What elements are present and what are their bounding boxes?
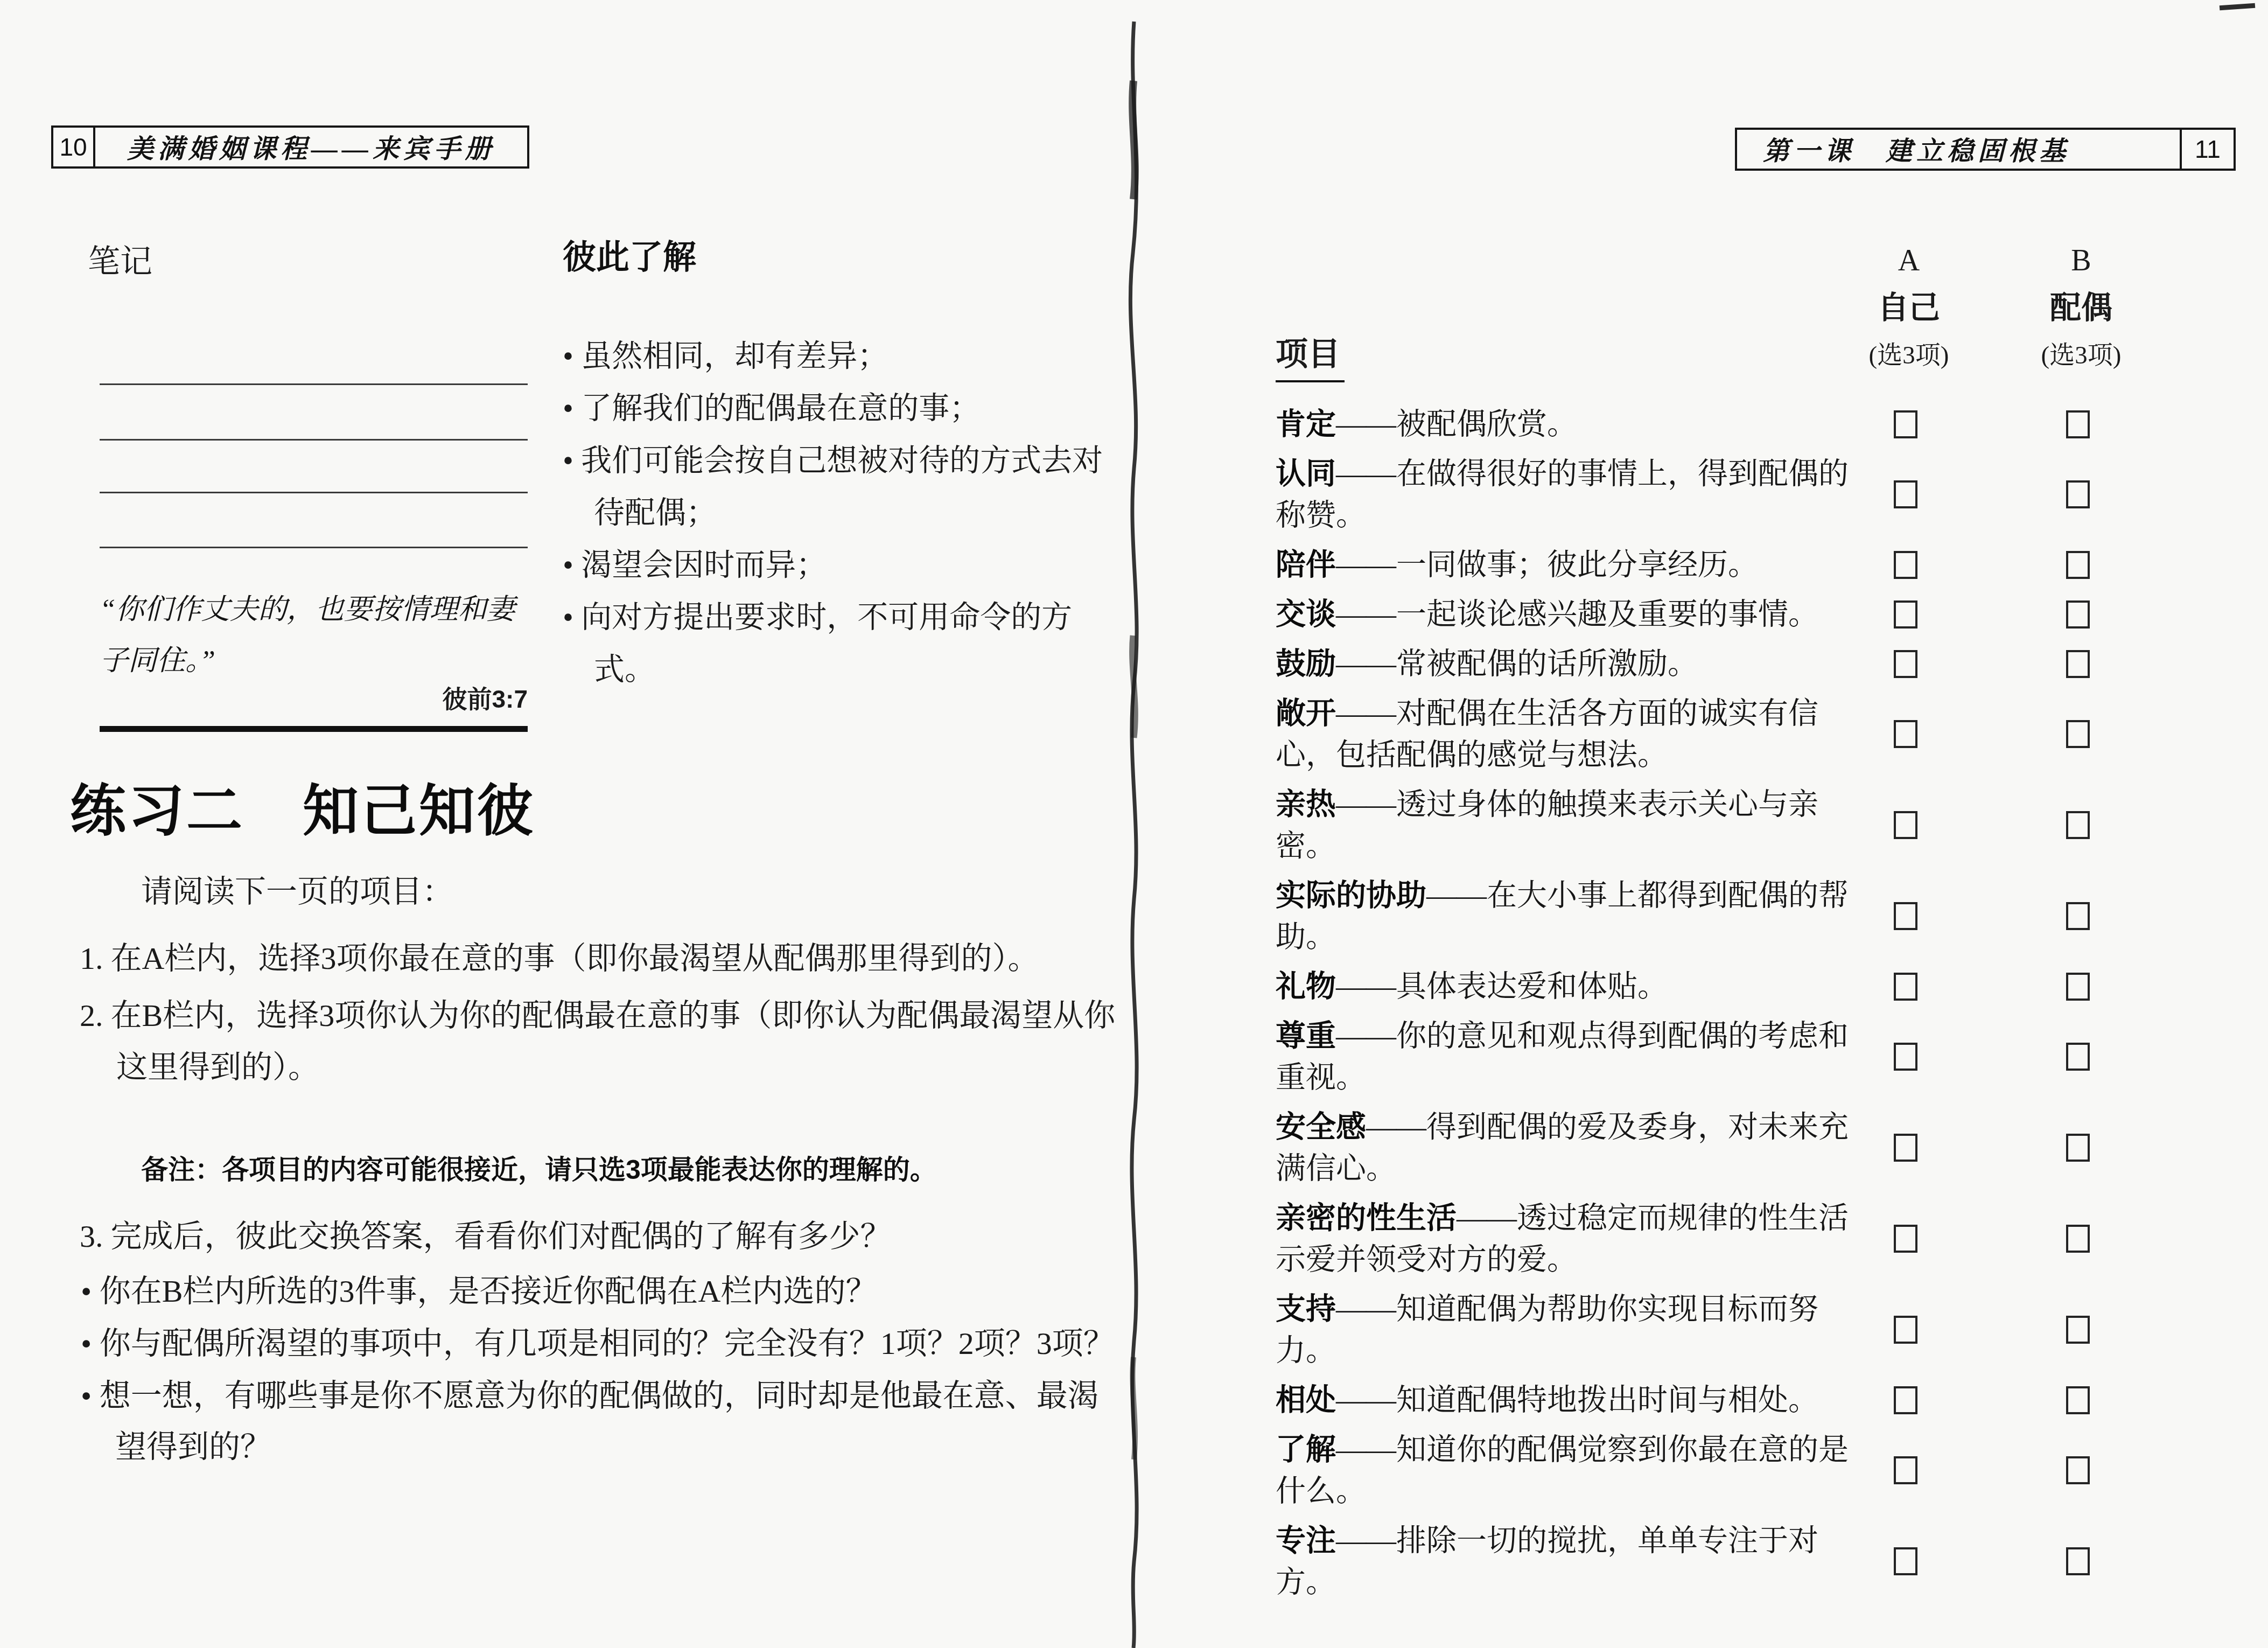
checkbox-column-a[interactable]: [1894, 1386, 1917, 1414]
item-text: 敞开——对配偶在生活各方面的诚实有信心，包括配偶的感觉与想法。: [1276, 692, 1854, 776]
checkbox-column-b[interactable]: [2066, 1547, 2090, 1575]
bullet-item: 你与配偶所渴望的事项中，有几项是相同的？完全没有？1项？2项？3项？: [81, 1318, 1123, 1369]
table-row: 相处——知道配偶特地拨出时间与相处。: [1276, 1379, 2242, 1421]
item-term: 礼物: [1276, 969, 1336, 1003]
scan-corner-mark: [2220, 3, 2255, 11]
item-term: 了解: [1276, 1432, 1336, 1466]
right-page-number: 11: [2180, 130, 2234, 169]
item-description: 常被配偶的话所激励。: [1396, 647, 1698, 681]
item-text: 亲密的性生活——透过稳定而规律的性生活示爱并领受对方的爱。: [1276, 1197, 1854, 1281]
items-column-label: 项目: [1276, 329, 1345, 382]
checkbox-column-a[interactable]: [1894, 902, 1917, 930]
item-dash: ——: [1336, 1019, 1396, 1053]
checkbox-column-a[interactable]: [1894, 650, 1917, 678]
column-header-b: B 配偶 (选3项): [2022, 237, 2140, 379]
item-description: 一起谈论感兴趣及重要的事情。: [1396, 598, 1818, 631]
item-text: 认同——在做得很好的事情上，得到配偶的称赞。: [1276, 452, 1854, 536]
item-text: 安全感——得到配偶的爱及委身，对未来充满信心。: [1276, 1106, 1854, 1190]
table-row: 了解——知道你的配偶觉察到你最在意的是什么。: [1276, 1428, 2242, 1512]
exercise-step: 2.在B栏内，选择3项你认为你的配偶最在意的事（即你认为配偶最渴望从你这里得到的…: [80, 990, 1122, 1093]
item-term: 鼓励: [1276, 646, 1336, 680]
table-row: 安全感——得到配偶的爱及委身，对未来充满信心。: [1276, 1106, 2242, 1190]
checkbox-column-b[interactable]: [2066, 811, 2090, 839]
item-text: 陪伴——一同做事；彼此分享经历。: [1276, 543, 1854, 586]
item-description: 被配偶欣赏。: [1396, 408, 1577, 441]
checkbox-column-a[interactable]: [1894, 1225, 1917, 1253]
item-term: 亲密的性生活: [1276, 1200, 1457, 1234]
item-text: 尊重——你的意见和观点得到配偶的考虑和重视。: [1276, 1015, 1854, 1099]
column-a-hint: (选3项): [1850, 332, 1968, 379]
item-dash: ——: [1336, 788, 1396, 821]
left-page-header: 10 美满婚姻课程——来宾手册: [51, 125, 529, 169]
checkbox-column-a[interactable]: [1894, 1316, 1917, 1344]
item-text: 实际的协助——在大小事上都得到配偶的帮助。: [1276, 874, 1854, 958]
checkbox-column-b[interactable]: [2066, 1134, 2090, 1162]
bullet-item: 了解我们的配偶最在意的事；: [563, 382, 1125, 435]
right-running-title: 第一课 建立稳固根基: [1737, 130, 2180, 169]
item-dash: ——: [1426, 879, 1487, 912]
item-description: 一同做事；彼此分享经历。: [1396, 548, 1758, 582]
table-row: 专注——排除一切的搅扰，单单专注于对方。: [1276, 1519, 2242, 1603]
items-checklist-table: 肯定——被配偶欣赏。认同——在做得很好的事情上，得到配偶的称赞。陪伴——一同做事…: [1276, 403, 2242, 1610]
item-dash: ——: [1336, 697, 1396, 730]
item-term: 实际的协助: [1276, 878, 1426, 912]
table-row: 亲密的性生活——透过稳定而规律的性生活示爱并领受对方的爱。: [1276, 1197, 2242, 1281]
checkbox-column-b[interactable]: [2066, 1225, 2090, 1253]
item-term: 交谈: [1276, 597, 1336, 631]
item-term: 肯定: [1276, 407, 1336, 441]
notes-writing-line[interactable]: [100, 383, 528, 385]
item-term: 敞开: [1276, 696, 1336, 730]
item-text: 鼓励——常被配偶的话所激励。: [1276, 643, 1854, 685]
checkbox-column-a[interactable]: [1894, 1043, 1917, 1071]
step-text: 完成后，彼此交换答案，看看你们对配偶的了解有多少？: [111, 1219, 892, 1254]
step-3-bullet-list: 你在B栏内所选的3件事，是否接近你配偶在A栏内选的？你与配偶所渴望的事项中，有几…: [81, 1266, 1123, 1474]
item-term: 陪伴: [1276, 547, 1336, 581]
checkbox-column-b[interactable]: [2066, 600, 2090, 629]
item-term: 相处: [1276, 1382, 1336, 1416]
bullet-item: 虽然相同，却有差异；: [563, 330, 1125, 382]
know-each-other-section: 彼此了解 虽然相同，却有差异；了解我们的配偶最在意的事；我们可能会按自己想被对待…: [563, 231, 1125, 696]
column-b-letter: B: [2022, 237, 2140, 284]
step-text: 在B栏内，选择3项你认为你的配偶最在意的事（即你认为配偶最渴望从你这里得到的）。: [111, 998, 1116, 1085]
step-number: 2.: [80, 998, 103, 1033]
item-term: 亲热: [1276, 787, 1336, 821]
notes-label: 笔记: [88, 236, 152, 282]
step-number: 1.: [80, 941, 103, 976]
checkbox-column-b[interactable]: [2066, 551, 2090, 579]
item-text: 支持——知道配偶为帮助你实现目标而努力。: [1276, 1288, 1854, 1372]
checkbox-column-b[interactable]: [2066, 1316, 2090, 1344]
bullet-item: 向对方提出要求时，不可用命令的方式。: [563, 591, 1125, 696]
section-divider-rule: [100, 726, 528, 732]
checkbox-column-a[interactable]: [1894, 480, 1917, 508]
right-page-header: 第一课 建立稳固根基 11: [1735, 128, 2236, 171]
exercise-steps: 1.在A栏内，选择3项你最在意的事（即你最渴望从配偶那里得到的）。2.在B栏内，…: [80, 933, 1122, 1099]
notes-writing-line[interactable]: [100, 492, 528, 493]
checkbox-column-a[interactable]: [1894, 811, 1917, 839]
item-dash: ——: [1336, 970, 1396, 1003]
exercise-step-3: 3.完成后，彼此交换答案，看看你们对配偶的了解有多少？: [80, 1211, 1122, 1262]
item-description: 具体表达爱和体贴。: [1396, 970, 1668, 1003]
notes-writing-line[interactable]: [100, 439, 528, 441]
table-row: 交谈——一起谈论感兴趣及重要的事情。: [1276, 593, 2242, 636]
table-row: 支持——知道配偶为帮助你实现目标而努力。: [1276, 1288, 2242, 1372]
checkbox-column-a[interactable]: [1894, 600, 1917, 629]
item-text: 专注——排除一切的搅扰，单单专注于对方。: [1276, 1519, 1854, 1603]
exercise-step: 1.在A栏内，选择3项你最在意的事（即你最渴望从配偶那里得到的）。: [80, 933, 1122, 984]
item-text: 交谈——一起谈论感兴趣及重要的事情。: [1276, 593, 1854, 636]
item-dash: ——: [1336, 1524, 1396, 1558]
item-dash: ——: [1457, 1202, 1517, 1235]
left-running-title: 美满婚姻课程——来宾手册: [95, 128, 527, 166]
column-b-hint: (选3项): [2022, 332, 2140, 379]
item-dash: ——: [1336, 408, 1396, 441]
bullet-item: 渴望会因时而异；: [563, 539, 1125, 591]
checkbox-column-b[interactable]: [2066, 973, 2090, 1001]
table-row: 陪伴——一同做事；彼此分享经历。: [1276, 543, 2242, 586]
column-a-letter: A: [1850, 237, 1968, 284]
step-text: 在A栏内，选择3项你最在意的事（即你最渴望从配偶那里得到的）。: [111, 941, 1039, 976]
item-dash: ——: [1336, 548, 1396, 582]
table-row: 敞开——对配偶在生活各方面的诚实有信心，包括配偶的感觉与想法。: [1276, 692, 2242, 776]
checkbox-column-b[interactable]: [2066, 720, 2090, 748]
know-each-other-bullet-list: 虽然相同，却有差异；了解我们的配偶最在意的事；我们可能会按自己想被对待的方式去对…: [563, 330, 1125, 696]
checkbox-column-b[interactable]: [2066, 1386, 2090, 1414]
column-b-who: 配偶: [2022, 284, 2140, 332]
checkbox-column-a[interactable]: [1894, 1547, 1917, 1575]
checkbox-column-b[interactable]: [2066, 650, 2090, 678]
item-term: 认同: [1276, 456, 1336, 490]
checkbox-column-a[interactable]: [1894, 551, 1917, 579]
checkbox-column-b[interactable]: [2066, 902, 2090, 930]
table-row: 肯定——被配偶欣赏。: [1276, 403, 2242, 445]
checkbox-column-b[interactable]: [2066, 410, 2090, 438]
item-text: 礼物——具体表达爱和体贴。: [1276, 965, 1854, 1008]
item-term: 尊重: [1276, 1018, 1336, 1052]
table-row: 礼物——具体表达爱和体贴。: [1276, 965, 2242, 1008]
step-number: 3.: [80, 1219, 103, 1254]
checkbox-column-b[interactable]: [2066, 480, 2090, 508]
column-header-a: A 自己 (选3项): [1850, 237, 1968, 379]
scripture-reference: 彼前3:7: [100, 680, 528, 715]
checkbox-column-a[interactable]: [1894, 720, 1917, 748]
item-term: 支持: [1276, 1291, 1336, 1325]
bullet-item: 你在B栏内所选的3件事，是否接近你配偶在A栏内选的？: [81, 1266, 1123, 1317]
bullet-item: 想一想，有哪些事是你不愿意为你的配偶做的，同时却是他最在意、最渴望得到的？: [81, 1370, 1123, 1472]
item-text: 肯定——被配偶欣赏。: [1276, 403, 1854, 445]
item-dash: ——: [1336, 457, 1396, 491]
exercise-note: 备注：各项目的内容可能很接近，请只选3项最能表达你的理解的。: [141, 1148, 1126, 1187]
scripture-quote: “你们作丈夫的，也要按情理和妻子同住。”: [100, 584, 533, 687]
checkbox-column-a[interactable]: [1894, 410, 1917, 438]
exercise-title: 练习二 知己知彼: [70, 766, 535, 847]
checkbox-column-a[interactable]: [1894, 1134, 1917, 1162]
item-dash: ——: [1336, 1384, 1396, 1417]
checkbox-column-b[interactable]: [2066, 1043, 2090, 1071]
checkbox-column-a[interactable]: [1894, 973, 1917, 1001]
left-page-number: 10: [53, 128, 95, 166]
item-term: 专注: [1276, 1523, 1336, 1557]
item-dash: ——: [1336, 1293, 1396, 1326]
exercise-intro: 请阅读下一页的项目：: [141, 866, 453, 911]
item-dash: ——: [1336, 598, 1396, 631]
item-dash: ——: [1336, 647, 1396, 681]
checkbox-column-b[interactable]: [2066, 1456, 2090, 1484]
table-row: 认同——在做得很好的事情上，得到配偶的称赞。: [1276, 452, 2242, 536]
table-row: 鼓励——常被配偶的话所激励。: [1276, 643, 2242, 685]
item-text: 了解——知道你的配偶觉察到你最在意的是什么。: [1276, 1428, 1854, 1512]
item-dash: ——: [1336, 1433, 1396, 1467]
know-each-other-heading: 彼此了解: [563, 231, 1125, 278]
item-text: 相处——知道配偶特地拨出时间与相处。: [1276, 1379, 1854, 1421]
bullet-item: 我们可能会按自己想被对待的方式去对待配偶；: [563, 435, 1125, 539]
item-text: 亲热——透过身体的触摸来表示关心与亲密。: [1276, 783, 1854, 867]
item-term: 安全感: [1276, 1109, 1366, 1143]
table-row: 尊重——你的意见和观点得到配偶的考虑和重视。: [1276, 1015, 2242, 1099]
notes-writing-line[interactable]: [100, 547, 528, 548]
item-description: 知道配偶特地拨出时间与相处。: [1396, 1384, 1818, 1417]
table-row: 亲热——透过身体的触摸来表示关心与亲密。: [1276, 783, 2242, 867]
column-a-who: 自己: [1850, 284, 1968, 332]
table-row: 实际的协助——在大小事上都得到配偶的帮助。: [1276, 874, 2242, 958]
checkbox-column-a[interactable]: [1894, 1456, 1917, 1484]
item-dash: ——: [1366, 1111, 1426, 1144]
book-spread-scan: 10 美满婚姻课程——来宾手册 笔记 彼此了解 虽然相同，却有差异；了解我们的配…: [0, 0, 2268, 1648]
